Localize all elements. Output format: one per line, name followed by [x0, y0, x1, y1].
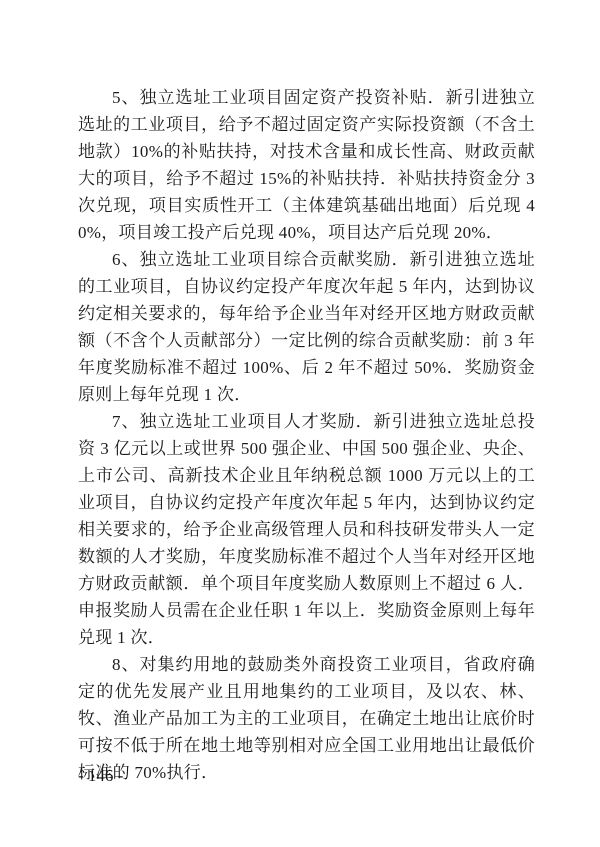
paragraph-item-5: 5、独立选址工业项目固定资产投资补贴．新引进独立选址的工业项目，给予不超过固定资… [78, 84, 535, 246]
document-page: 5、独立选址工业项目固定资产投资补贴．新引进独立选址的工业项目，给予不超过固定资… [0, 0, 600, 847]
paragraph-item-7: 7、独立选址工业项目人才奖励．新引进独立选址总投资 3 亿元以上或世界 500 … [78, 408, 535, 651]
paragraph-item-6: 6、独立选址工业项目综合贡献奖励．新引进独立选址的工业项目，自协议约定投产年度次… [78, 246, 535, 408]
page-footer: - 146 - [78, 764, 123, 788]
paragraph-item-8: 8、对集约用地的鼓励类外商投资工业项目，省政府确定的优先发展产业且用地集约的工业… [78, 651, 535, 786]
document-body: 5、独立选址工业项目固定资产投资补贴．新引进独立选址的工业项目，给予不超过固定资… [78, 84, 535, 786]
page-number: - 146 - [78, 766, 123, 785]
